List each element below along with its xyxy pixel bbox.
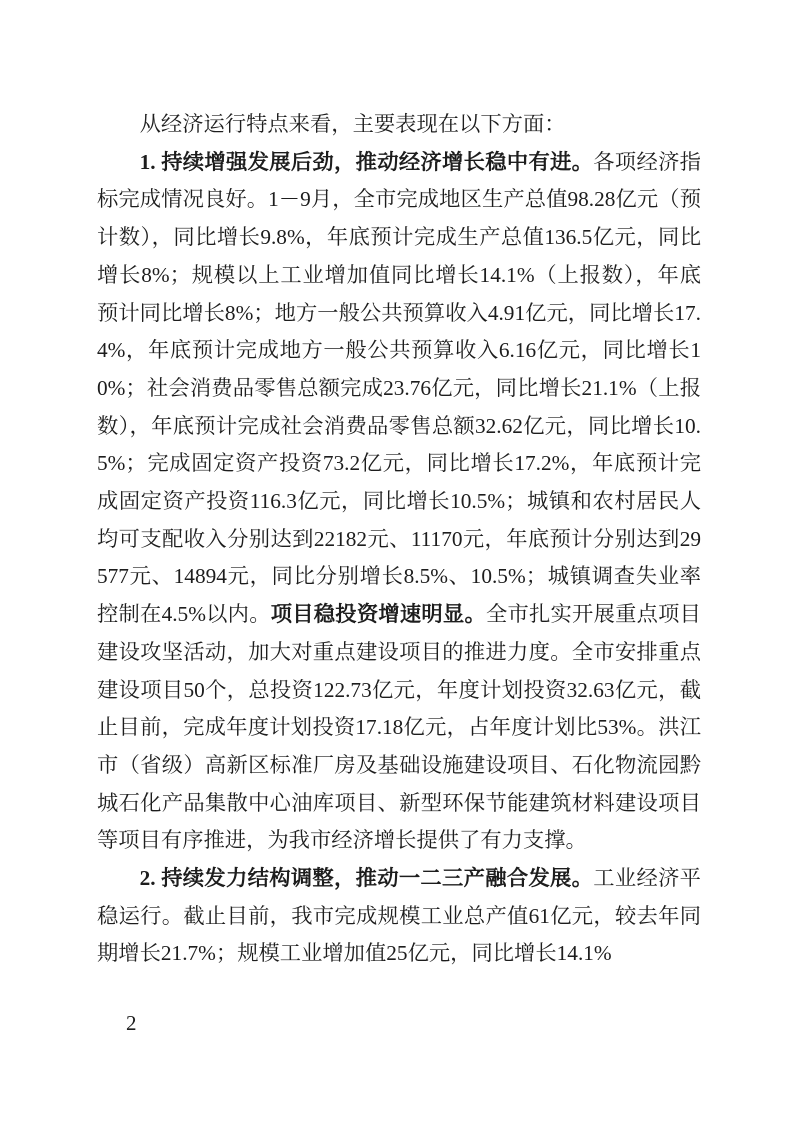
point-2-heading: 2. 持续发力结构调整，推动一二三产融合发展。 (140, 866, 594, 890)
paragraph-intro: 从经济运行特点来看，主要表现在以下方面： (97, 106, 701, 144)
document-body: 从经济运行特点来看，主要表现在以下方面： 1. 持续增强发展后劲，推动经济增长稳… (97, 106, 701, 973)
document-page: 从经济运行特点来看，主要表现在以下方面： 1. 持续增强发展后劲，推动经济增长稳… (0, 0, 793, 1122)
page-number: 2 (126, 1008, 137, 1038)
point-1-heading: 1. 持续增强发展后劲，推动经济增长稳中有进。 (140, 150, 594, 174)
point-1-body-2: 全市扎实开展重点项目建设攻坚活动，加大对重点建设项目的推进力度。全市安排重点建设… (97, 602, 701, 852)
point-1-subheading: 项目稳投资增速明显。 (271, 602, 486, 626)
paragraph-point-1: 1. 持续增强发展后劲，推动经济增长稳中有进。各项经济指标完成情况良好。1－9月… (97, 144, 701, 860)
point-1-body: 各项经济指标完成情况良好。1－9月，全市完成地区生产总值98.28亿元（预计数）… (97, 150, 701, 626)
paragraph-point-2: 2. 持续发力结构调整，推动一二三产融合发展。工业经济平稳运行。截止目前，我市完… (97, 860, 701, 973)
intro-text: 从经济运行特点来看，主要表现在以下方面： (140, 112, 566, 136)
